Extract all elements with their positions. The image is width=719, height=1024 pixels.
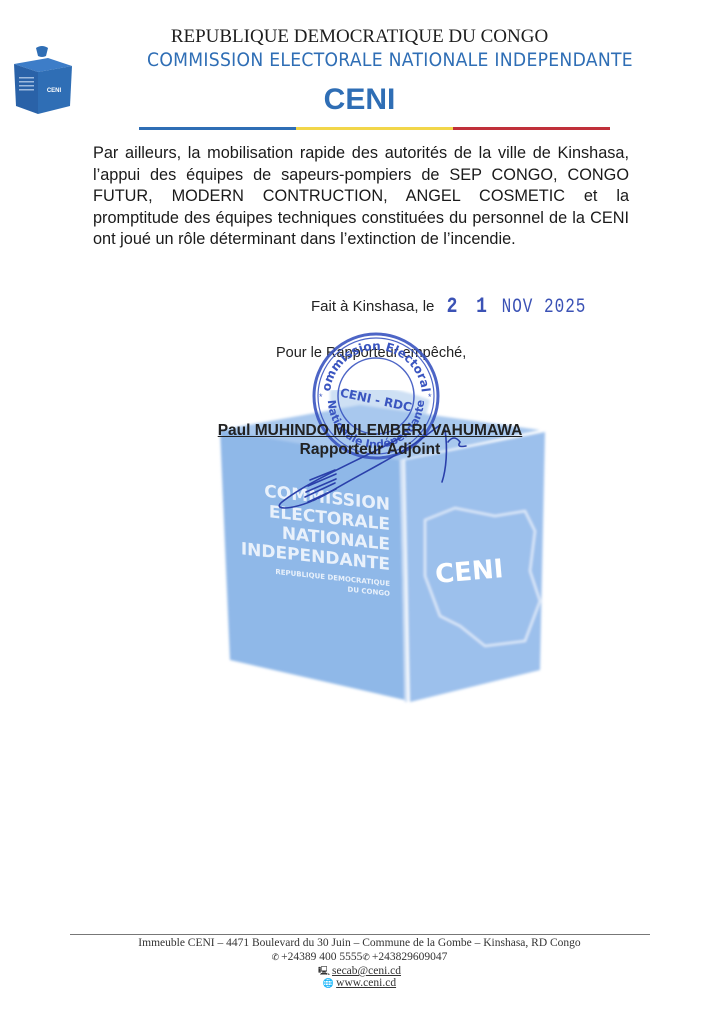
commission-heading: COMMISSION ELECTORALE NATIONALE INDEPEND…	[83, 50, 697, 71]
footer-phones: ✆+24389 400 5555✆+243829609047	[0, 951, 719, 963]
date-stamp: 2 1 NOV 2025	[447, 295, 587, 320]
svg-text:*: *	[319, 392, 323, 402]
body-paragraph: Par ailleurs, la mobilisation rapide des…	[93, 143, 629, 251]
tricolor-blue	[139, 127, 296, 130]
signer-title: Rapporteur Adjoint	[0, 441, 719, 459]
svg-text:*: *	[428, 392, 432, 402]
phone-icon: ✆	[362, 953, 370, 963]
tricolor-yellow	[296, 127, 453, 130]
footer-website: 🌐www.ceni.cd	[0, 977, 719, 989]
date-line: Fait à Kinshasa, le 2 1 NOV 2025	[311, 297, 586, 317]
svg-text:CENI: CENI	[434, 554, 505, 590]
footer-divider	[70, 934, 650, 935]
tricolor-red	[453, 127, 610, 130]
tricolor-divider	[139, 127, 610, 130]
svg-text:CENI - RDC: CENI - RDC	[339, 386, 413, 415]
email-link[interactable]: secab@ceni.cd	[332, 965, 401, 977]
globe-icon: 🌐	[323, 979, 334, 989]
website-link[interactable]: www.ceni.cd	[336, 977, 396, 989]
mail-icon: 🖳	[318, 967, 330, 977]
country-heading: REPUBLIQUE DEMOCRATIQUE DU CONGO	[0, 26, 719, 48]
signer-name: Paul MUHINDO MULEMBERI VAHUMAWA	[0, 422, 719, 440]
acronym-heading: CENI	[0, 83, 719, 117]
phone-icon: ✆	[272, 953, 280, 963]
svg-text:Commission Electorale: Commission Electorale	[310, 330, 433, 393]
footer-address: Immeuble CENI – 4471 Boulevard du 30 Jui…	[0, 937, 719, 949]
place-prefix: Fait à Kinshasa, le	[311, 298, 434, 315]
